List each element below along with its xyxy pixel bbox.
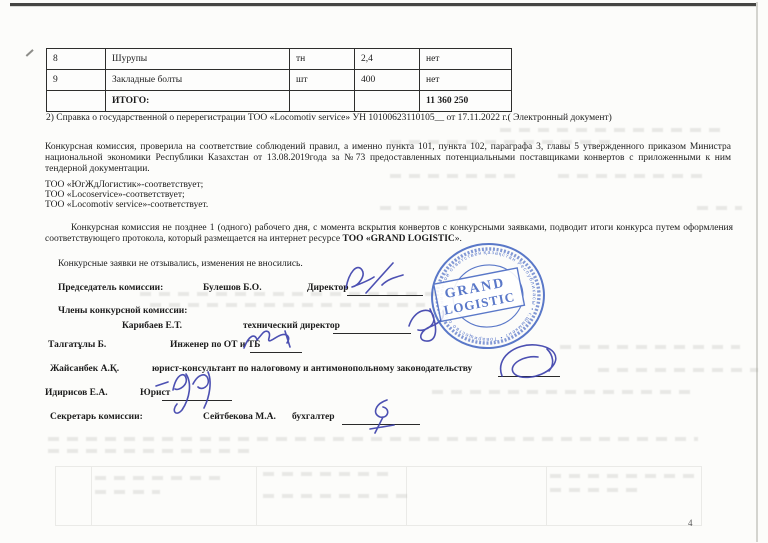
bleedthrough-line: [95, 490, 160, 494]
chairman-name: Булешов Б.О.: [203, 283, 262, 294]
bleedthrough-line: [697, 206, 742, 210]
commission-check-paragraph: Конкурсная комиссия, проверила на соотве…: [45, 142, 731, 175]
bleedthrough-line: [550, 474, 695, 478]
member-name: Талгатұлы Б.: [48, 340, 106, 351]
item-qty: 2,4: [355, 49, 420, 70]
bleedthrough-line: [550, 488, 645, 492]
bleedthrough-line: [380, 206, 475, 210]
item-unit: тн: [290, 49, 355, 70]
compliance-line: ТОО «Locomotiv service»-соответствует.: [45, 200, 208, 211]
bleedthrough-line: [48, 449, 256, 453]
member-name: Идирисов Е.А.: [45, 388, 108, 399]
bleedthrough-line: [263, 494, 413, 498]
bleedthrough-line: [263, 472, 388, 476]
bleedthrough-line: [598, 368, 758, 372]
bleedthrough-table-line: [256, 467, 257, 525]
secretary-label: Секретарь комиссии:: [50, 412, 143, 423]
item-name: Закладные болты: [106, 70, 290, 91]
secretary-signature: [362, 396, 404, 436]
pen-mark: [26, 49, 34, 56]
bleedthrough-line: [432, 390, 692, 394]
chairman-label: Председатель комиссии:: [58, 283, 163, 294]
members-label: Члены конкурсной комиссии:: [58, 306, 187, 317]
bleedthrough-line: [150, 303, 425, 307]
empty-cell: [355, 91, 420, 112]
tender-items-table: 8 Шурупы тн 2,4 нет 9 Закладные болты шт…: [46, 48, 512, 112]
secretary-title: бухгалтер: [292, 412, 335, 423]
chairman-signature: [338, 258, 408, 298]
scan-edge-top-light: [10, 6, 758, 7]
item-unit: шт: [290, 70, 355, 91]
row-number: 8: [47, 49, 106, 70]
bleedthrough-line: [48, 437, 698, 441]
scan-edge-right: [756, 2, 758, 542]
member2-signature: [240, 327, 300, 354]
row-number: 9: [47, 70, 106, 91]
member4-signature: [148, 366, 240, 414]
empty-cell: [290, 91, 355, 112]
empty-cell: [47, 91, 106, 112]
bleedthrough-line: [95, 476, 225, 480]
table-total-row: ИТОГО: 11 360 250: [47, 91, 512, 112]
member-name: Жайсанбек А.Қ.: [50, 364, 119, 375]
scanned-document-page: 8 Шурупы тн 2,4 нет 9 Закладные болты шт…: [0, 0, 768, 543]
total-value: 11 360 250: [420, 91, 512, 112]
page-number: 4: [688, 518, 693, 528]
item-status: нет: [420, 70, 512, 91]
item-qty: 400: [355, 70, 420, 91]
bleedthrough-line: [500, 128, 728, 132]
item-status: нет: [420, 49, 512, 70]
bleedthrough-table-line: [546, 467, 547, 525]
bleedthrough-table-line: [91, 467, 92, 525]
company-name-bold: ТОО «GRAND LOGISTIC: [342, 234, 454, 244]
registration-certificate-note: 2) Справка о государственной о перерегис…: [46, 113, 756, 124]
item-name: Шурупы: [106, 49, 290, 70]
bleedthrough-line: [560, 345, 740, 349]
table-row: 9 Закладные болты шт 400 нет: [47, 70, 512, 91]
company-stamp: Қазақстан Республикасы • г.Шымкент • Тов…: [420, 234, 555, 358]
no-withdrawals-line: Конкурсные заявки не отзывались, изменен…: [58, 259, 303, 270]
total-label: ИТОГО:: [106, 91, 290, 112]
member-name: Карибаев Е.Т.: [122, 321, 182, 332]
table-row: 8 Шурупы тн 2,4 нет: [47, 49, 512, 70]
results-paragraph: Конкурсная комиссия не позднее 1 (одного…: [45, 223, 733, 245]
